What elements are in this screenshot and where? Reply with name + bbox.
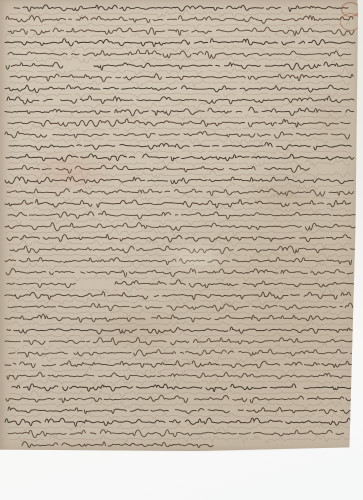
handwriting-svg (0, 0, 358, 451)
letter-paper (0, 0, 358, 451)
scanned-letter-image (0, 0, 363, 500)
paper-grain-layer (0, 0, 358, 451)
